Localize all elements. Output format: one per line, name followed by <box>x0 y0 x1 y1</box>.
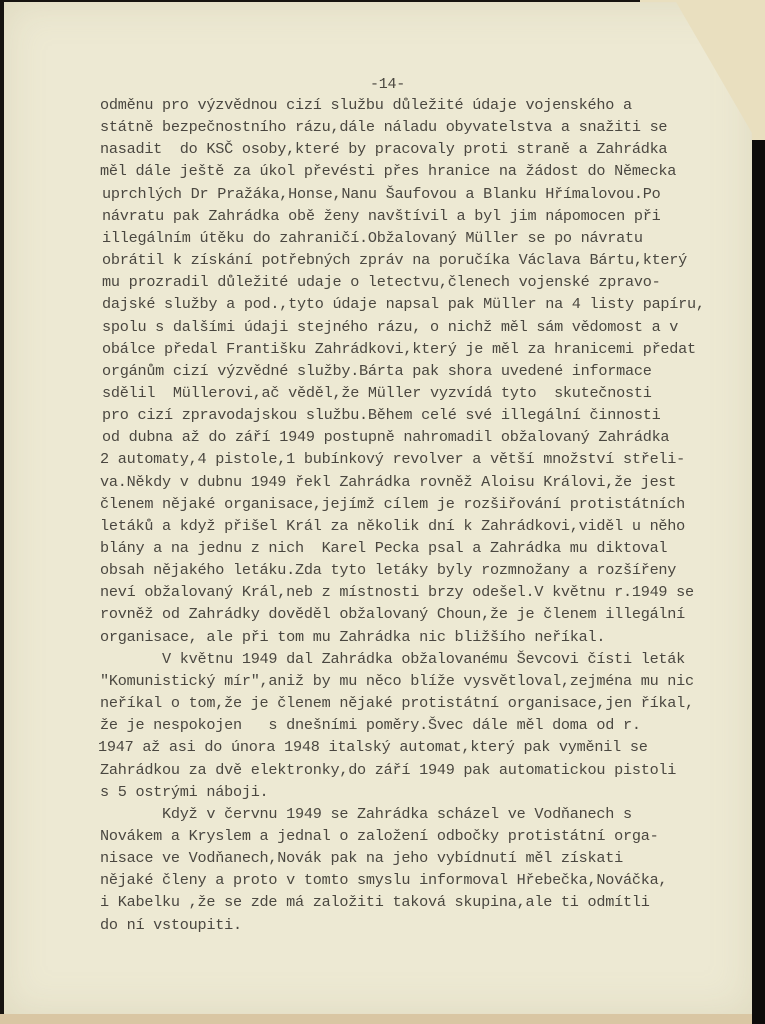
text-line: sdělil Müllerovi,ač věděl,že Müller vyzv… <box>102 384 652 402</box>
text-line: va.Někdy v dubnu 1949 řekl Zahrádka rovn… <box>100 473 676 491</box>
scan-background <box>752 140 765 1024</box>
text-line: letáků a když přišel Král za několik dní… <box>100 517 685 535</box>
text-line: měl dále ještě za úkol převésti přes hra… <box>100 162 676 180</box>
text-line: orgánům cizí výzvědné služby.Bárta pak s… <box>102 362 652 380</box>
text-line: "Komunistický mír",aniž by mu něco blíže… <box>100 672 694 690</box>
page-number: -14- <box>370 76 405 93</box>
text-line: s 5 ostrými náboji. <box>100 783 268 801</box>
text-line: státně bezpečnostního rázu,dále náladu o… <box>100 118 667 136</box>
text-line: nisace ve Vodňanech,Novák pak na jeho vy… <box>100 849 623 867</box>
text-line: obsah nějakého letáku.Zda tyto letáky by… <box>100 561 676 579</box>
text-line: rovněž od Zahrádky dověděl obžalovaný Ch… <box>100 605 685 623</box>
text-line: spolu s dalšími údaji stejného rázu, o n… <box>102 318 678 336</box>
text-line: návratu pak Zahrádka obě ženy navštívil … <box>102 207 660 225</box>
text-line: obálce předal Františku Zahrádkovi,který… <box>102 340 696 358</box>
text-line: že je nespokojen s dnešními poměry.Švec … <box>100 716 641 734</box>
text-line: neví obžalovaný Král,neb z místnosti brz… <box>100 583 694 601</box>
text-line: organisace, ale při tom mu Zahrádka nic … <box>100 628 605 646</box>
text-line: mu prozradil důležité udaje o letectvu,č… <box>102 273 660 291</box>
typewritten-page: -14- odměnu pro výzvědnou cizí službu dů… <box>4 2 752 1014</box>
text-line: V květnu 1949 dal Zahrádka obžalovanému … <box>100 650 685 668</box>
text-line: od dubna až do září 1949 postupně nahrom… <box>102 428 669 446</box>
text-line: odměnu pro výzvědnou cizí službu důležit… <box>100 96 632 114</box>
page-text: -14- odměnu pro výzvědnou cizí službu dů… <box>4 2 752 1014</box>
text-line: obrátil k získání potřebných zpráv na po… <box>102 251 687 269</box>
text-line: illegálním útěku do zahraničí.Obžalovaný… <box>102 229 643 247</box>
text-line: členem nějaké organisace,jejímž cílem je… <box>100 495 685 513</box>
text-line: nějaké členy a proto v tomto smyslu info… <box>100 871 667 889</box>
text-line: uprchlých Dr Pražáka,Honse,Nanu Šaufovou… <box>102 185 660 203</box>
text-line: neříkal o tom,že je členem nějaké protis… <box>100 694 694 712</box>
text-line: blány a na jednu z nich Karel Pecka psal… <box>100 539 667 557</box>
text-line: 2 automaty,4 pistole,1 bubínkový revolve… <box>100 450 685 468</box>
text-line: Když v červnu 1949 se Zahrádka scházel v… <box>100 805 632 823</box>
text-line: i Kabelku ,že se zde má založiti taková … <box>100 893 650 911</box>
text-line: 1947 až asi do února 1948 italský automa… <box>98 738 648 756</box>
text-line: dajské služby a pod.,tyto údaje napsal p… <box>102 295 705 313</box>
page-bottom-edge <box>0 1014 752 1024</box>
text-line: Novákem a Kryslem a jednal o založení od… <box>100 827 658 845</box>
text-line: do ní vstoupiti. <box>100 916 242 934</box>
text-line: Zahrádkou za dvě elektronky,do září 1949… <box>100 761 676 779</box>
text-line: nasadit do KSČ osoby,které by pracovaly … <box>100 140 667 158</box>
text-line: pro cizí zpravodajskou službu.Během celé… <box>102 406 660 424</box>
